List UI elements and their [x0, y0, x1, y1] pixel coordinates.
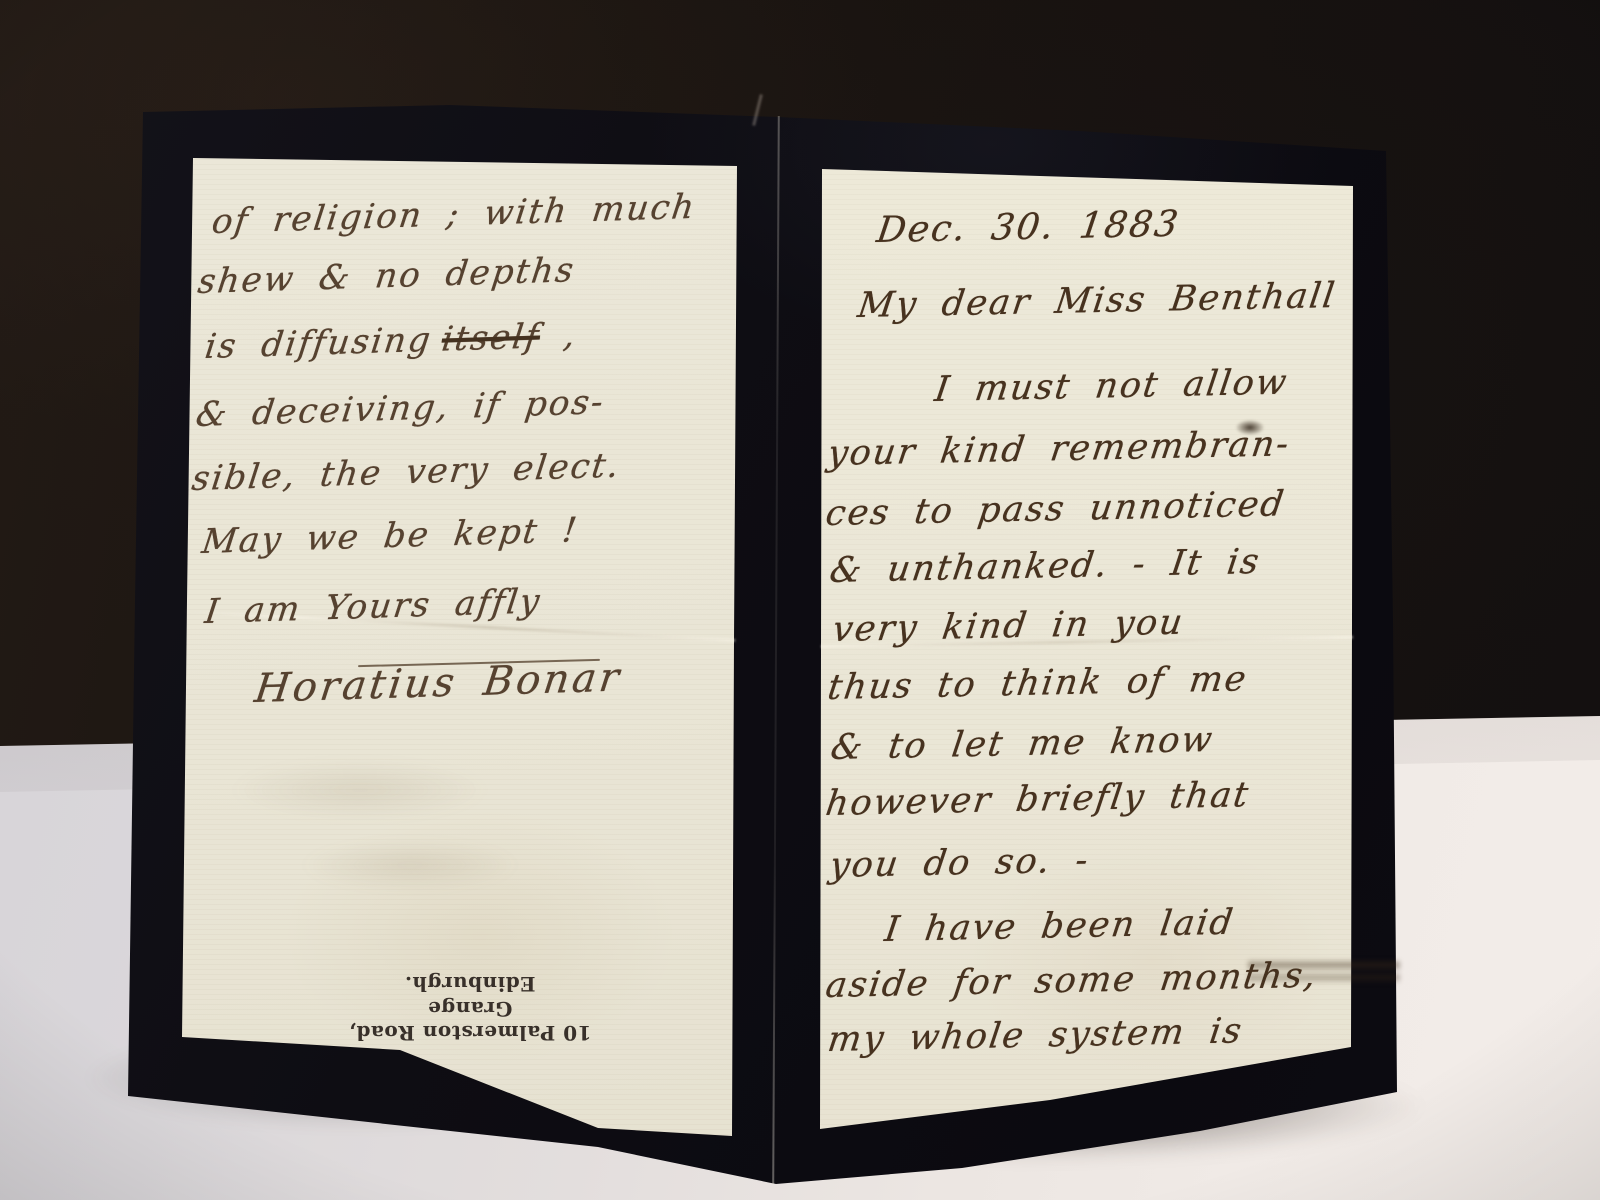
handwritten-line: my whole system is — [825, 1013, 1245, 1058]
paper-ghost-mark — [300, 840, 520, 890]
line-text: , — [537, 315, 579, 356]
paper-ghost-mark — [230, 760, 490, 820]
handwritten-line: thus to think of me — [825, 661, 1250, 707]
line-text: is diffusing — [203, 320, 435, 367]
letterhead-district: Grange — [348, 996, 592, 1020]
handwritten-line: I have been laid — [882, 905, 1236, 949]
ink-blot — [1236, 420, 1264, 435]
letterhead: 10 Palmerston Road, Grange Edinburgh. — [348, 972, 592, 1045]
strikethrough-word: itself — [439, 317, 542, 360]
letterhead-address: 10 Palmerston Road, — [348, 1021, 592, 1045]
ink-smudge — [1248, 952, 1400, 988]
letterhead-city: Edinburgh. — [348, 972, 592, 996]
handwritten-line: you do so. - — [827, 843, 1091, 885]
handwritten-line: & to let me know — [828, 722, 1216, 767]
handwritten-line: however briefly that — [823, 777, 1252, 823]
mourning-letter-photo: of religion ; with much shew & no depths… — [0, 0, 1600, 1200]
signature-line: Horatius Bonar — [252, 657, 624, 710]
date-line: Dec. 30. 1883 — [874, 206, 1182, 250]
handwritten-line: very kind in you — [830, 605, 1186, 649]
handwritten-line: I must not allow — [932, 365, 1290, 409]
handwritten-line: & unthanked. - It is — [827, 544, 1262, 590]
